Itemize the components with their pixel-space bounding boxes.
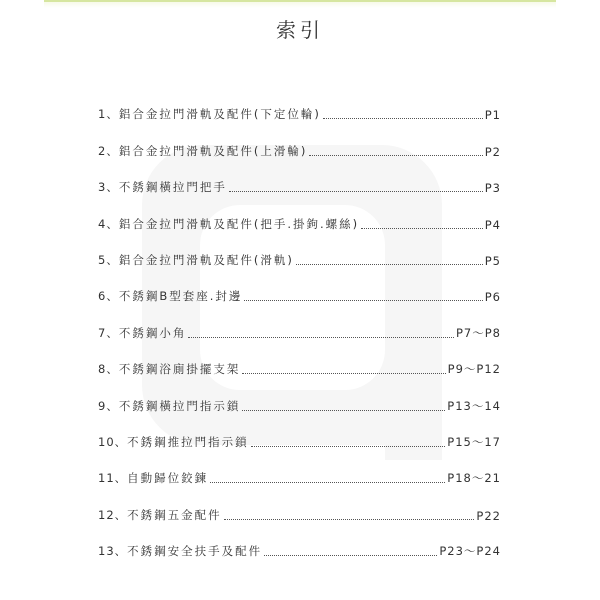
toc-entry[interactable]: 11、 自動歸位鉸鍊 P18～21 [98,450,501,486]
toc-entry[interactable]: 9、 不銹鋼橫拉門指示鎖 P13～14 [98,377,501,413]
entry-label: 鋁合金拉門滑軌及配件(把手.掛鉤.螺絲) [119,216,359,232]
entry-label: 不銹鋼推拉門指示鎖 [127,434,249,450]
entry-number: 10、 [98,434,127,450]
entry-number: 6、 [98,288,119,304]
entry-page: P2 [485,145,501,159]
entry-label: 不銹鋼浴廁掛擺支架 [119,361,241,377]
entry-label: 不銹鋼小角 [119,325,187,341]
entry-label: 不銹鋼五金配件 [127,507,222,523]
dot-leader [361,228,483,229]
entry-number: 13、 [98,543,127,559]
toc-entry[interactable]: 10、 不銹鋼推拉門指示鎖 P15～17 [98,414,501,450]
dot-leader [244,300,482,301]
dot-leader [323,118,483,119]
toc-entry[interactable]: 1、 鋁合金拉門滑軌及配件(下定位輪) P1 [98,86,501,122]
dot-leader [309,155,482,156]
toc-entry[interactable]: 12、 不銹鋼五金配件 P22 [98,486,501,522]
toc-entry[interactable]: 5、 鋁合金拉門滑軌及配件(滑軌) P5 [98,232,501,268]
entry-number: 4、 [98,216,119,232]
top-rule-shadow [44,2,556,8]
entry-number: 7、 [98,325,119,341]
toc-entry[interactable]: 4、 鋁合金拉門滑軌及配件(把手.掛鉤.螺絲) P4 [98,195,501,231]
entry-label: 鋁合金拉門滑軌及配件(下定位輪) [119,106,321,122]
dot-leader [264,555,437,556]
entry-label: 鋁合金拉門滑軌及配件(上滑輪) [119,143,307,159]
table-of-contents: 1、 鋁合金拉門滑軌及配件(下定位輪) P1 2、 鋁合金拉門滑軌及配件(上滑輪… [98,86,501,559]
entry-page: P5 [485,254,501,268]
entry-page: P22 [476,509,501,523]
entry-page: P23～P24 [439,543,501,559]
entry-number: 12、 [98,507,127,523]
entry-page: P13～14 [447,398,501,414]
entry-number: 3、 [98,179,119,195]
dot-leader [251,446,446,447]
entry-page: P9～P12 [448,361,501,377]
toc-entry[interactable]: 3、 不銹鋼橫拉門把手 P3 [98,159,501,195]
entry-number: 8、 [98,361,119,377]
toc-entry[interactable]: 7、 不銹鋼小角 P7～P8 [98,304,501,340]
entry-page: P15～17 [447,434,501,450]
entry-label: 不銹鋼橫拉門指示鎖 [119,398,241,414]
entry-number: 5、 [98,252,119,268]
entry-label: 不銹鋼安全扶手及配件 [127,543,262,559]
entry-page: P18～21 [447,470,501,486]
toc-entry[interactable]: 2、 鋁合金拉門滑軌及配件(上滑輪) P2 [98,122,501,158]
entry-number: 1、 [98,106,119,122]
entry-label: 鋁合金拉門滑軌及配件(滑軌) [119,252,294,268]
entry-number: 2、 [98,143,119,159]
dot-leader [229,191,483,192]
dot-leader [210,482,445,483]
entry-number: 9、 [98,398,119,414]
dot-leader [242,410,445,411]
toc-entry[interactable]: 13、 不銹鋼安全扶手及配件 P23～P24 [98,523,501,559]
entry-number: 11、 [98,470,127,486]
dot-leader [296,264,483,265]
toc-entry[interactable]: 6、 不銹鋼B型套座.封邊 P6 [98,268,501,304]
entry-page: P4 [485,218,501,232]
entry-label: 自動歸位鉸鍊 [127,470,208,486]
entry-page: P3 [485,181,501,195]
toc-entry[interactable]: 8、 不銹鋼浴廁掛擺支架 P9～P12 [98,341,501,377]
entry-page: P7～P8 [456,325,501,341]
entry-label: 不銹鋼橫拉門把手 [119,179,227,195]
dot-leader [188,337,454,338]
entry-label: 不銹鋼B型套座.封邊 [119,288,243,304]
page-title: 索引 [0,14,600,43]
dot-leader [242,373,445,374]
entry-page: P1 [485,108,501,122]
dot-leader [224,519,475,520]
entry-page: P6 [485,290,501,304]
